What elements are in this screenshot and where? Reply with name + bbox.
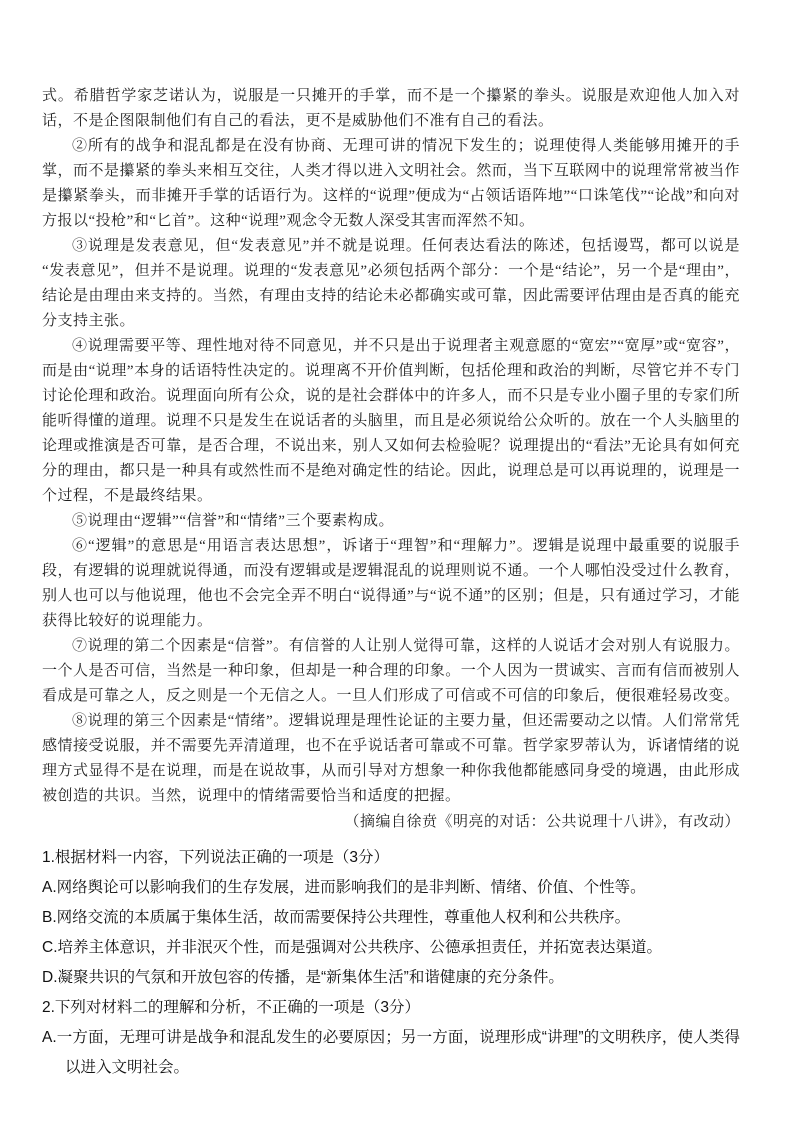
question-1-option-c: C.培养主体意识，并非泯灭个性，而是强调对公共秩序、公德承担责任，并拓宽表达渠道… (42, 933, 740, 963)
passage-paragraph-5: ⑤说理由“逻辑”“信誉”和“情绪”三个要素构成。 (42, 509, 740, 534)
passage-section: 式。希腊哲学家芝诺认为，说服是一只摊开的手掌，而不是一个攥紧的拳头。说服是欢迎他… (42, 84, 740, 835)
question-1-stem: 1.根据材料一内容，下列说法正确的一项是（3分） (42, 843, 740, 873)
question-2-option-a: A.一方面，无理可讲是战争和混乱发生的必要原因；另一方面，说理形成“讲理”的文明… (42, 1023, 740, 1083)
question-2-stem: 2.下列对材料二的理解和分析，不正确的一项是（3分） (42, 993, 740, 1023)
passage-paragraph-6: ⑥“逻辑”的意思是“用语言表达思想”，诉诸于“理智”和“理解力”。逻辑是说理中最… (42, 534, 740, 634)
question-1-option-d: D.凝聚共识的气氛和开放包容的传播，是“新集体生活”和谐健康的充分条件。 (42, 963, 740, 993)
passage-paragraph-8: ⑧说理的第三个因素是“情绪”。逻辑说理是理性论证的主要力量，但还需要动之以情。人… (42, 709, 740, 809)
exam-page: 式。希腊哲学家芝诺认为，说服是一只摊开的手掌，而不是一个攥紧的拳头。说服是欢迎他… (0, 0, 794, 1123)
question-1-option-b: B.网络交流的本质属于集体生活，故而需要保持公共理性，尊重他人权利和公共秩序。 (42, 903, 740, 933)
passage-paragraph-1: 式。希腊哲学家芝诺认为，说服是一只摊开的手掌，而不是一个攥紧的拳头。说服是欢迎他… (42, 84, 740, 134)
passage-paragraph-2: ②所有的战争和混乱都是在没有协商、无理可讲的情况下发生的；说理使得人类能够用摊开… (42, 134, 740, 234)
question-1-option-a: A.网络舆论可以影响我们的生存发展，进而影响我们的是非判断、情绪、价值、个性等。 (42, 873, 740, 903)
passage-paragraph-4: ④说理需要平等、理性地对待不同意见，并不只是出于说理者主观意愿的“宽宏”“宽厚”… (42, 334, 740, 509)
passage-paragraph-7: ⑦说理的第二个因素是“信誉”。有信誉的人让别人觉得可靠，这样的人说话才会对别人有… (42, 634, 740, 709)
questions-section: 1.根据材料一内容，下列说法正确的一项是（3分） A.网络舆论可以影响我们的生存… (42, 843, 740, 1083)
passage-attribution: （摘编自徐贲《明亮的对话：公共说理十八讲》，有改动） (42, 809, 740, 835)
passage-paragraph-3: ③说理是发表意见，但“发表意见”并不就是说理。任何表达看法的陈述，包括谩骂，都可… (42, 234, 740, 334)
